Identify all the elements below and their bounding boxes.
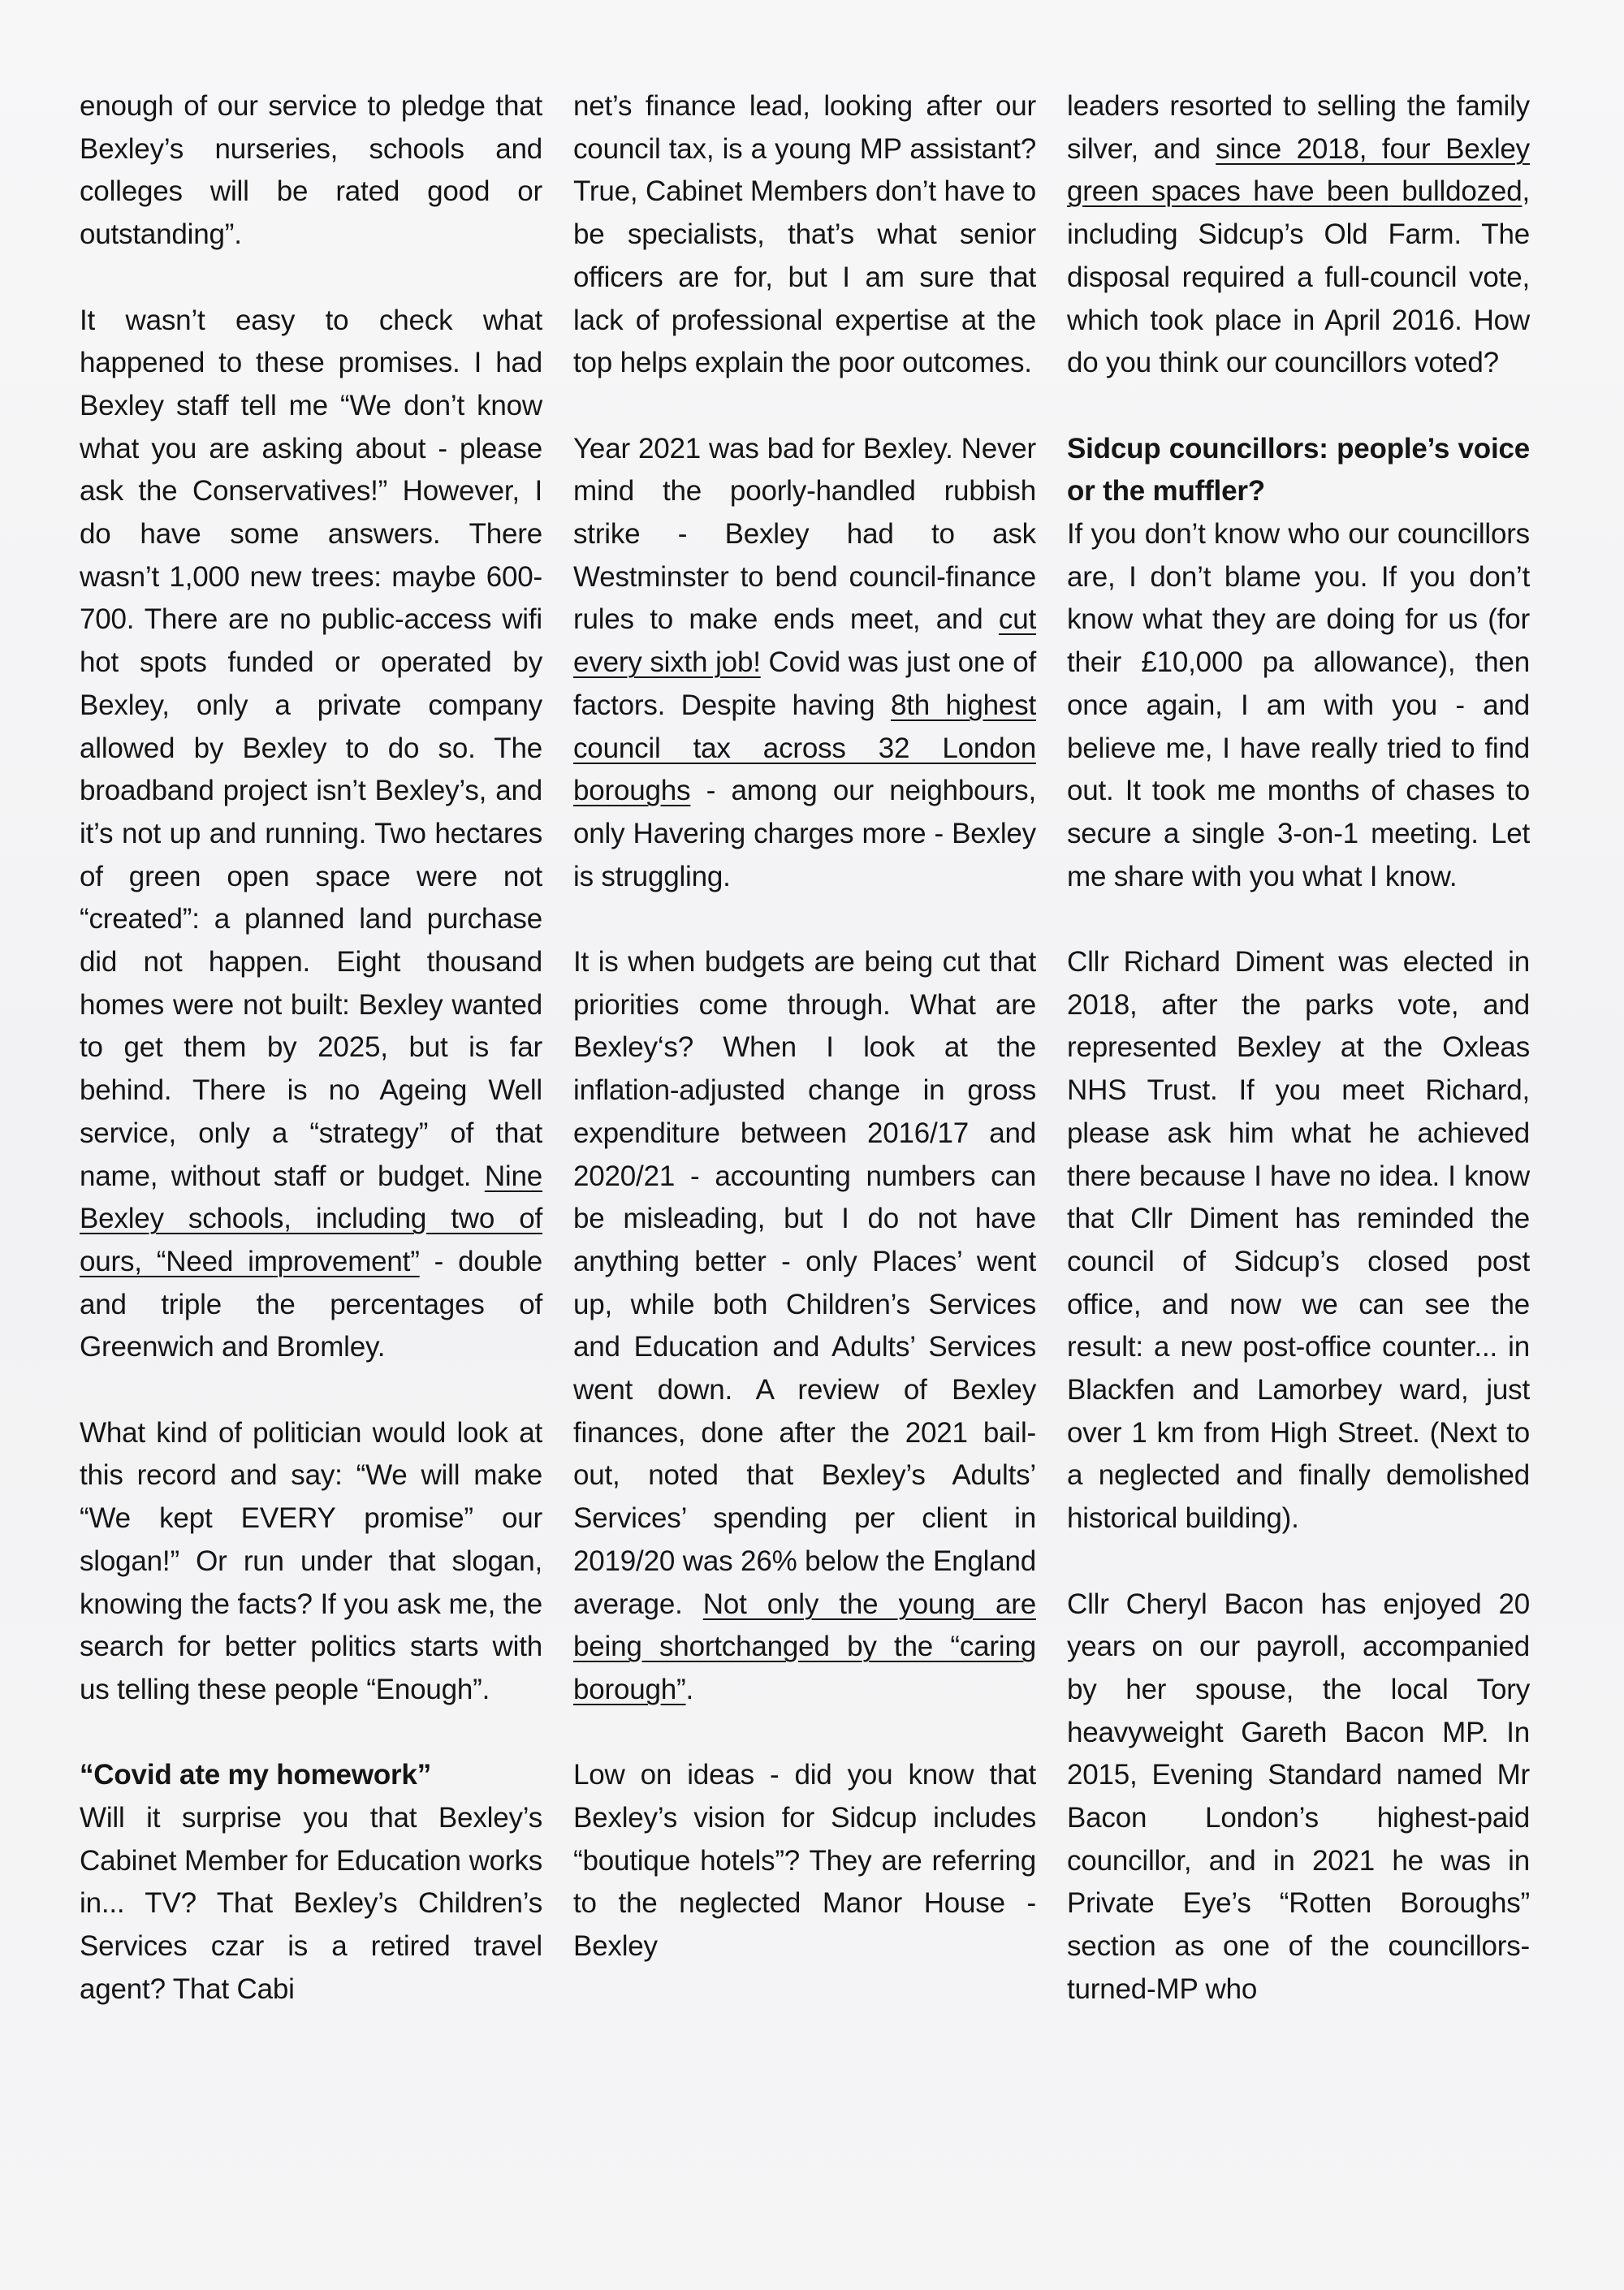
- column-left: enough of our service to pledge that Bex…: [80, 85, 542, 2011]
- section-heading: “Covid ate my homework”: [80, 1754, 542, 1797]
- paragraph: Low on ideas - did you know that Bexley’…: [573, 1754, 1036, 1968]
- text-run: Low on ideas - did you know that Bexley’…: [573, 1759, 1036, 1962]
- section-heading: Sidcup councillors: people’s voice or th…: [1067, 428, 1530, 513]
- text-run: Cllr Richard Diment was elected in 2018,…: [1067, 946, 1530, 1534]
- paragraph: Year 2021 was bad for Bexley. Never mind…: [573, 428, 1036, 899]
- paragraph: It wasn’t easy to check what happened to…: [80, 300, 542, 1370]
- paragraph: net’s finance lead, looking after our co…: [573, 85, 1036, 385]
- paragraph: What kind of politician would look at th…: [80, 1412, 542, 1712]
- text-run: Cllr Cheryl Bacon has enjoyed 20 years o…: [1067, 1588, 1530, 2005]
- text-run: It is when budgets are being cut that pr…: [573, 946, 1036, 1620]
- paragraph: leaders resorted to selling the family s…: [1067, 85, 1530, 385]
- text-run: What kind of politician would look at th…: [80, 1417, 542, 1705]
- column-right: leaders resorted to selling the family s…: [1067, 85, 1530, 2011]
- paragraph: It is when budgets are being cut that pr…: [573, 941, 1036, 1712]
- text-run: Year 2021 was bad for Bexley. Never mind…: [573, 433, 1036, 636]
- column-middle: net’s finance lead, looking after our co…: [573, 85, 1036, 1968]
- paragraph: enough of our service to pledge that Bex…: [80, 85, 542, 257]
- text-run: enough of our service to pledge that Bex…: [80, 90, 542, 250]
- paragraph: Will it surprise you that Bexley’s Cabin…: [80, 1797, 542, 2011]
- paragraph: If you don’t know who our coun­cillors a…: [1067, 513, 1530, 898]
- text-run: It wasn’t easy to check what happened to…: [80, 305, 542, 1192]
- paragraph: Cllr Cheryl Bacon has enjoyed 20 years o…: [1067, 1584, 1530, 2011]
- text-run: If you don’t know who our coun­cillors a…: [1067, 518, 1530, 892]
- text-run: Will it surprise you that Bexley’s Cabin…: [80, 1802, 542, 2005]
- paragraph: Cllr Richard Diment was elected in 2018,…: [1067, 941, 1530, 1540]
- text-run: net’s finance lead, looking after our co…: [573, 90, 1036, 378]
- scanned-page: enough of our service to pledge that Bex…: [0, 0, 1624, 2290]
- text-run: .: [686, 1674, 694, 1705]
